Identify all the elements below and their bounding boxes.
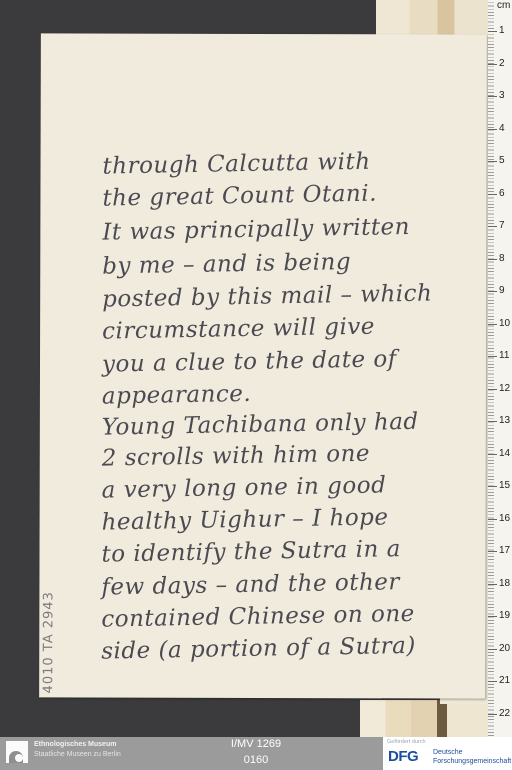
ruler-mark: 7	[499, 220, 505, 231]
ruler-mark: 22	[499, 708, 510, 719]
ruler-mark: 17	[499, 545, 510, 556]
institution-name: Ethnologisches Museum	[34, 741, 116, 748]
archive-footer-bar: Ethnologisches Museum Staatliche Museen …	[0, 737, 512, 770]
ruler-tick	[488, 291, 497, 292]
ruler-tick	[488, 64, 497, 65]
ruler-unit: cm	[497, 0, 510, 11]
ruler-tick	[488, 616, 497, 617]
wave-icon-cutout	[15, 754, 23, 762]
ruler-mark: 2	[499, 58, 505, 69]
ruler-mark: 12	[499, 383, 510, 394]
ruler-tick	[488, 649, 497, 650]
funding-label: Gefördert durch	[387, 739, 426, 745]
letter-page: through Calcutta with the great Count Ot…	[39, 33, 487, 698]
ruler-mark: 20	[499, 643, 510, 654]
ruler-tick	[488, 421, 497, 422]
ruler-mark: 15	[499, 480, 510, 491]
handwritten-line: It was principally written	[102, 214, 410, 246]
ruler-tick	[488, 551, 497, 552]
museum-logo-icon	[6, 741, 28, 763]
handwritten-line: through Calcutta with	[102, 149, 370, 180]
ruler-mark: 1	[499, 25, 505, 36]
handwritten-line: you a clue to the date of	[102, 346, 397, 377]
ruler-tick	[488, 259, 497, 260]
ruler-mark: 5	[499, 155, 505, 166]
handwritten-line: the great Count Otani.	[102, 181, 377, 212]
ruler-tick	[488, 226, 497, 227]
ruler-mark: 4	[499, 123, 505, 134]
ruler-mark: 6	[499, 188, 505, 199]
ruler-tick	[488, 356, 497, 357]
frame-number: 0160	[230, 754, 282, 766]
ruler-tick	[488, 389, 497, 390]
handwritten-line: healthy Uighur – I hope	[101, 504, 388, 535]
ruler-tick	[488, 519, 497, 520]
ruler-tick	[488, 96, 497, 97]
ruler-tick	[488, 681, 497, 682]
handwritten-line: by me – and is being	[102, 249, 351, 280]
handwritten-line: appearance.	[102, 381, 252, 410]
ruler-mark: 21	[499, 675, 510, 686]
ruler-mark: 11	[499, 350, 509, 361]
ruler-tick	[488, 454, 497, 455]
inventory-number: I/MV 1269	[230, 738, 282, 750]
ruler-tick	[488, 31, 497, 32]
handwritten-line: Young Tachibana only had	[102, 409, 419, 441]
ruler-tick	[488, 324, 497, 325]
handwritten-line: posted by this mail – which	[102, 281, 433, 313]
ruler-mark: 14	[499, 448, 510, 459]
handwritten-line: to identify the Sutra in a	[101, 536, 401, 567]
funder-name-line1: Deutsche	[433, 749, 463, 756]
handwritten-line: 2 scrolls with him one	[102, 441, 371, 472]
ruler-mark: 9	[499, 285, 505, 296]
ruler-mark: 3	[499, 90, 505, 101]
ruler-mark: 16	[499, 513, 510, 524]
ruler-tick	[488, 129, 497, 130]
handwritten-line: few days – and the other	[101, 569, 400, 600]
ruler-mark: 8	[499, 253, 505, 264]
ruler-tick	[488, 584, 497, 585]
ruler-tick	[488, 486, 497, 487]
handwritten-line: circumstance will give	[102, 314, 375, 345]
ruler-mark: 13	[499, 415, 510, 426]
ruler-mark: 10	[499, 318, 510, 329]
handwritten-line: a very long one in good	[101, 472, 386, 503]
funder-name-line2: Forschungsgemeinschaft	[433, 758, 511, 765]
cm-ruler: cm 1 2 3 4 5 6 7 8 9 10 11 12 13 14 15 1…	[488, 0, 512, 737]
ruler-mark: 18	[499, 578, 510, 589]
handwritten-line: side (a portion of a Sutra)	[101, 633, 416, 665]
page-stack-bottom	[360, 700, 488, 737]
institution-subtitle: Staatliche Museen zu Berlin	[34, 751, 121, 758]
dfg-logo-icon: DFG	[388, 748, 418, 765]
handwritten-line: contained Chinese on one	[101, 601, 415, 633]
ruler-tick	[488, 714, 497, 715]
ruler-mark: 19	[499, 610, 510, 621]
ruler-tick	[488, 194, 497, 195]
funder-panel: Gefördert durch DFG Deutsche Forschungsg…	[383, 737, 512, 770]
archive-pencil-note: 4010 TA 2943	[41, 591, 56, 693]
ruler-tick	[488, 161, 497, 162]
